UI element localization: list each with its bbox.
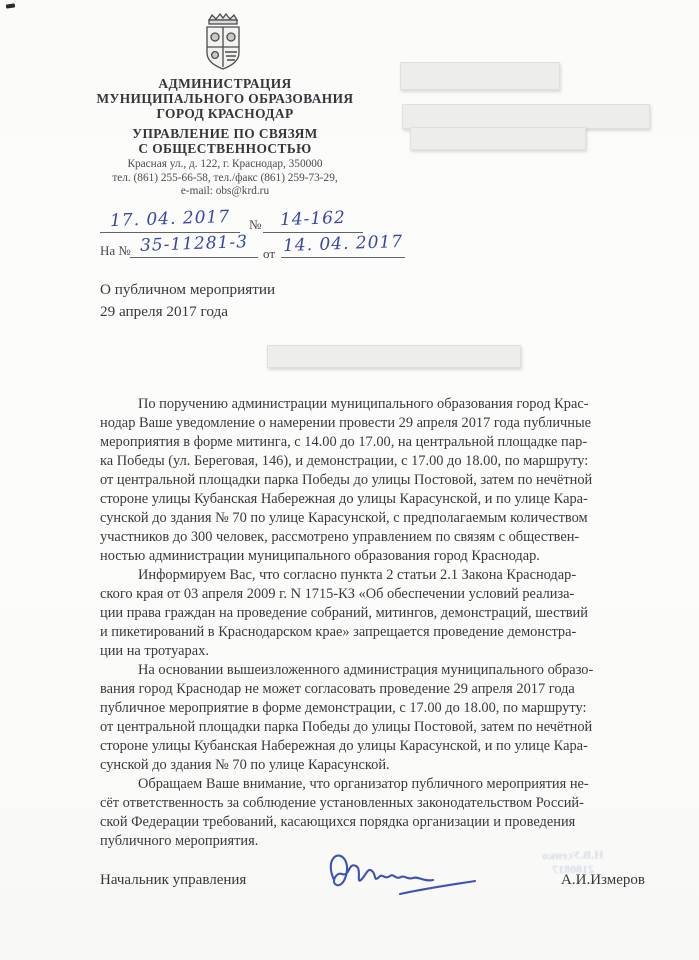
from-label: от	[263, 246, 275, 262]
handwritten-incoming-number: 35-11281-3	[140, 231, 249, 257]
handwritten-incoming-date: 14. 04. 2017	[283, 231, 404, 257]
department-name-line: УПРАВЛЕНИЕ ПО СВЯЗЯМ	[62, 126, 388, 141]
incoming-label: На №	[100, 243, 131, 259]
department-name-line: С ОБЩЕСТВЕННОСТЬЮ	[62, 141, 388, 156]
scan-artifact-mark	[6, 3, 15, 8]
handwritten-outgoing-number: 14-162	[280, 207, 347, 231]
redaction-block	[400, 62, 560, 90]
letterhead-address: Красная ул., д. 122, г. Краснодар, 35000…	[42, 158, 408, 199]
incoming-date-field: 14. 04. 2017	[281, 233, 405, 258]
org-name-line: ГОРОД КРАСНОДАР	[62, 106, 388, 121]
subject-line: О публичном мероприятии	[100, 279, 420, 301]
body-paragraph: По поручению администрации муниципальног…	[100, 395, 652, 566]
address-line: Красная ул., д. 122, г. Краснодар, 35000…	[42, 158, 408, 172]
outgoing-date-field: 17. 04. 2017	[100, 208, 240, 233]
body-paragraph: На основании вышеизложенного администрац…	[100, 661, 652, 775]
org-name-line: МУНИЦИПАЛЬНОГО ОБРАЗОВАНИЯ	[62, 91, 388, 106]
signer-position-title: Начальник управления	[100, 872, 246, 889]
handwritten-outgoing-date: 17. 04. 2017	[110, 206, 231, 232]
letterhead-organization: АДМИНИСТРАЦИЯ МУНИЦИПАЛЬНОГО ОБРАЗОВАНИЯ…	[62, 76, 388, 156]
scanned-letter-page: АДМИНИСТРАЦИЯ МУНИЦИПАЛЬНОГО ОБРАЗОВАНИЯ…	[0, 0, 699, 960]
number-label: №	[249, 217, 261, 233]
address-line: тел. (861) 255-66-58, тел./факс (861) 25…	[42, 172, 408, 186]
body-paragraph: Информируем Вас, что согласно пункта 2 с…	[100, 566, 652, 661]
signer-name: А.И.Измеров	[485, 872, 645, 889]
address-line: e-mail: obs@krd.ru	[42, 185, 408, 199]
body-paragraph: Обращаем Ваше внимание, что организатор …	[100, 775, 652, 851]
handwritten-signature	[312, 846, 482, 910]
incoming-number-field: 35-11281-3	[130, 233, 258, 258]
redaction-block	[267, 345, 521, 368]
subject-block: О публичном мероприятии 29 апреля 2017 г…	[100, 279, 420, 322]
krasnodar-coat-of-arms-icon	[197, 11, 249, 71]
subject-line: 29 апреля 2017 года	[100, 301, 420, 323]
redaction-block	[402, 104, 650, 129]
letter-body: По поручению администрации муниципальног…	[100, 395, 652, 851]
org-name-line: АДМИНИСТРАЦИЯ	[62, 76, 388, 91]
outgoing-number-field: 14-162	[263, 208, 363, 233]
redaction-block	[410, 127, 586, 150]
